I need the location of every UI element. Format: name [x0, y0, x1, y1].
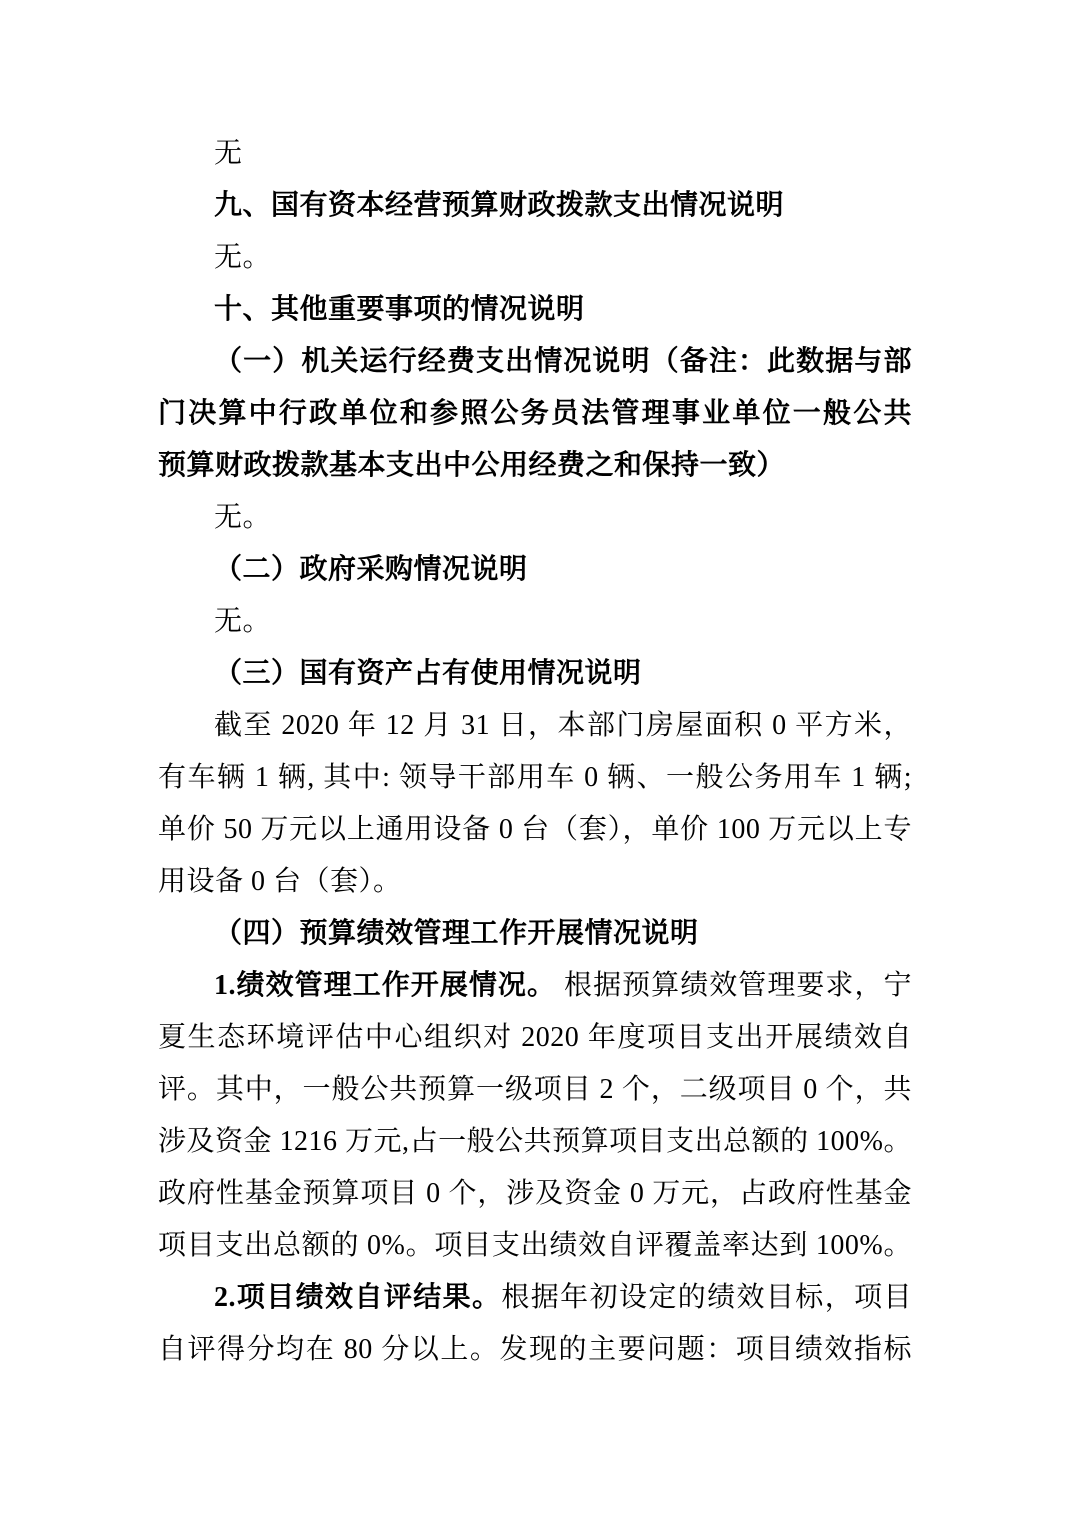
text-run: 单价 50 万元以上通用设备 0 台（套），单价 100 万元以上专: [158, 814, 912, 845]
text-line: 门决算中行政单位和参照公务员法管理事业单位一般公共: [158, 388, 912, 440]
document-page: 无九、国有资本经营预算财政拨款支出情况说明无。十、其他重要事项的情况说明（一）机…: [0, 0, 1074, 1520]
text-run: 评。其中，一般公共预算一级项目 2 个，二级项目 0 个，共: [158, 1074, 912, 1105]
bold-text-run: 门决算中行政单位和参照公务员法管理事业单位一般公共: [158, 398, 912, 429]
text-line: 无。: [158, 596, 912, 648]
text-line: 无。: [158, 492, 912, 544]
text-run: 无: [214, 138, 243, 169]
text-line: 九、国有资本经营预算财政拨款支出情况说明: [158, 180, 912, 232]
text-run: 截至 2020 年 12 月 31 日，本部门房屋面积 0 平方米，共: [158, 710, 912, 752]
text-line: 自评得分均在 80 分以上。发现的主要问题：项目绩效指标: [158, 1324, 912, 1376]
text-line: （四）预算绩效管理工作开展情况说明: [158, 908, 912, 960]
document-text-body: 无九、国有资本经营预算财政拨款支出情况说明无。十、其他重要事项的情况说明（一）机…: [158, 128, 912, 1376]
text-line: （一）机关运行经费支出情况说明（备注：此数据与部: [158, 336, 912, 388]
bold-text-run: （一）机关运行经费支出情况说明（备注：此数据与部: [214, 346, 912, 377]
text-line: 用设备 0 台（套）。: [158, 856, 912, 908]
text-line: （二）政府采购情况说明: [158, 544, 912, 596]
text-run: 自评得分均在 80 分以上。发现的主要问题：项目绩效指标: [158, 1334, 912, 1365]
text-run: 无。: [214, 502, 271, 533]
text-run: 用设备 0 台（套）。: [158, 866, 402, 897]
text-run: 项目支出总额的 0%。项目支出绩效自评覆盖率达到 100%。: [158, 1230, 912, 1261]
text-line: 有车辆 1 辆, 其中: 领导干部用车 0 辆、一般公务用车 1 辆;: [158, 752, 912, 804]
text-run: 涉及资金 1216 万元,占一般公共预算项目支出总额的 100%。: [158, 1126, 912, 1157]
bold-text-run: 1.绩效管理工作开展情况。: [214, 970, 556, 1001]
text-run: 夏生态环境评估中心组织对 2020 年度项目支出开展绩效自: [158, 1022, 912, 1053]
text-run: 政府性基金预算项目 0 个，涉及资金 0 万元，占政府性基金: [158, 1178, 912, 1209]
text-line: 无: [158, 128, 912, 180]
bold-text-run: 九、国有资本经营预算财政拨款支出情况说明: [214, 190, 784, 221]
bold-text-run: 十、其他重要事项的情况说明: [214, 294, 585, 325]
text-line: 1.绩效管理工作开展情况。 根据预算绩效管理要求，宁: [158, 960, 912, 1012]
text-line: 预算财政拨款基本支出中公用经费之和保持一致）: [158, 440, 912, 492]
text-line: 政府性基金预算项目 0 个，涉及资金 0 万元，占政府性基金: [158, 1168, 912, 1220]
bold-text-run: 2.项目绩效自评结果。: [214, 1282, 501, 1313]
text-line: 夏生态环境评估中心组织对 2020 年度项目支出开展绩效自: [158, 1012, 912, 1064]
bold-text-run: 预算财政拨款基本支出中公用经费之和保持一致）: [158, 450, 785, 481]
bold-text-run: （二）政府采购情况说明: [214, 554, 528, 585]
text-line: 截至 2020 年 12 月 31 日，本部门房屋面积 0 平方米，共: [158, 700, 912, 752]
text-line: 单价 50 万元以上通用设备 0 台（套），单价 100 万元以上专: [158, 804, 912, 856]
text-line: 项目支出总额的 0%。项目支出绩效自评覆盖率达到 100%。: [158, 1220, 912, 1272]
text-line: 无。: [158, 232, 912, 284]
text-line: 评。其中，一般公共预算一级项目 2 个，二级项目 0 个，共: [158, 1064, 912, 1116]
text-run: 无。: [214, 606, 271, 637]
text-run: 根据年初设定的绩效目标，项目: [501, 1282, 912, 1313]
text-line: 2.项目绩效自评结果。根据年初设定的绩效目标，项目: [158, 1272, 912, 1324]
text-run: 无。: [214, 242, 271, 273]
text-line: （三）国有资产占有使用情况说明: [158, 648, 912, 700]
text-run: 根据预算绩效管理要求，宁: [556, 970, 912, 1001]
bold-text-run: （四）预算绩效管理工作开展情况说明: [214, 918, 699, 949]
text-run: 有车辆 1 辆, 其中: 领导干部用车 0 辆、一般公务用车 1 辆;: [158, 762, 912, 793]
text-line: 涉及资金 1216 万元,占一般公共预算项目支出总额的 100%。: [158, 1116, 912, 1168]
text-line: 十、其他重要事项的情况说明: [158, 284, 912, 336]
bold-text-run: （三）国有资产占有使用情况说明: [214, 658, 642, 689]
